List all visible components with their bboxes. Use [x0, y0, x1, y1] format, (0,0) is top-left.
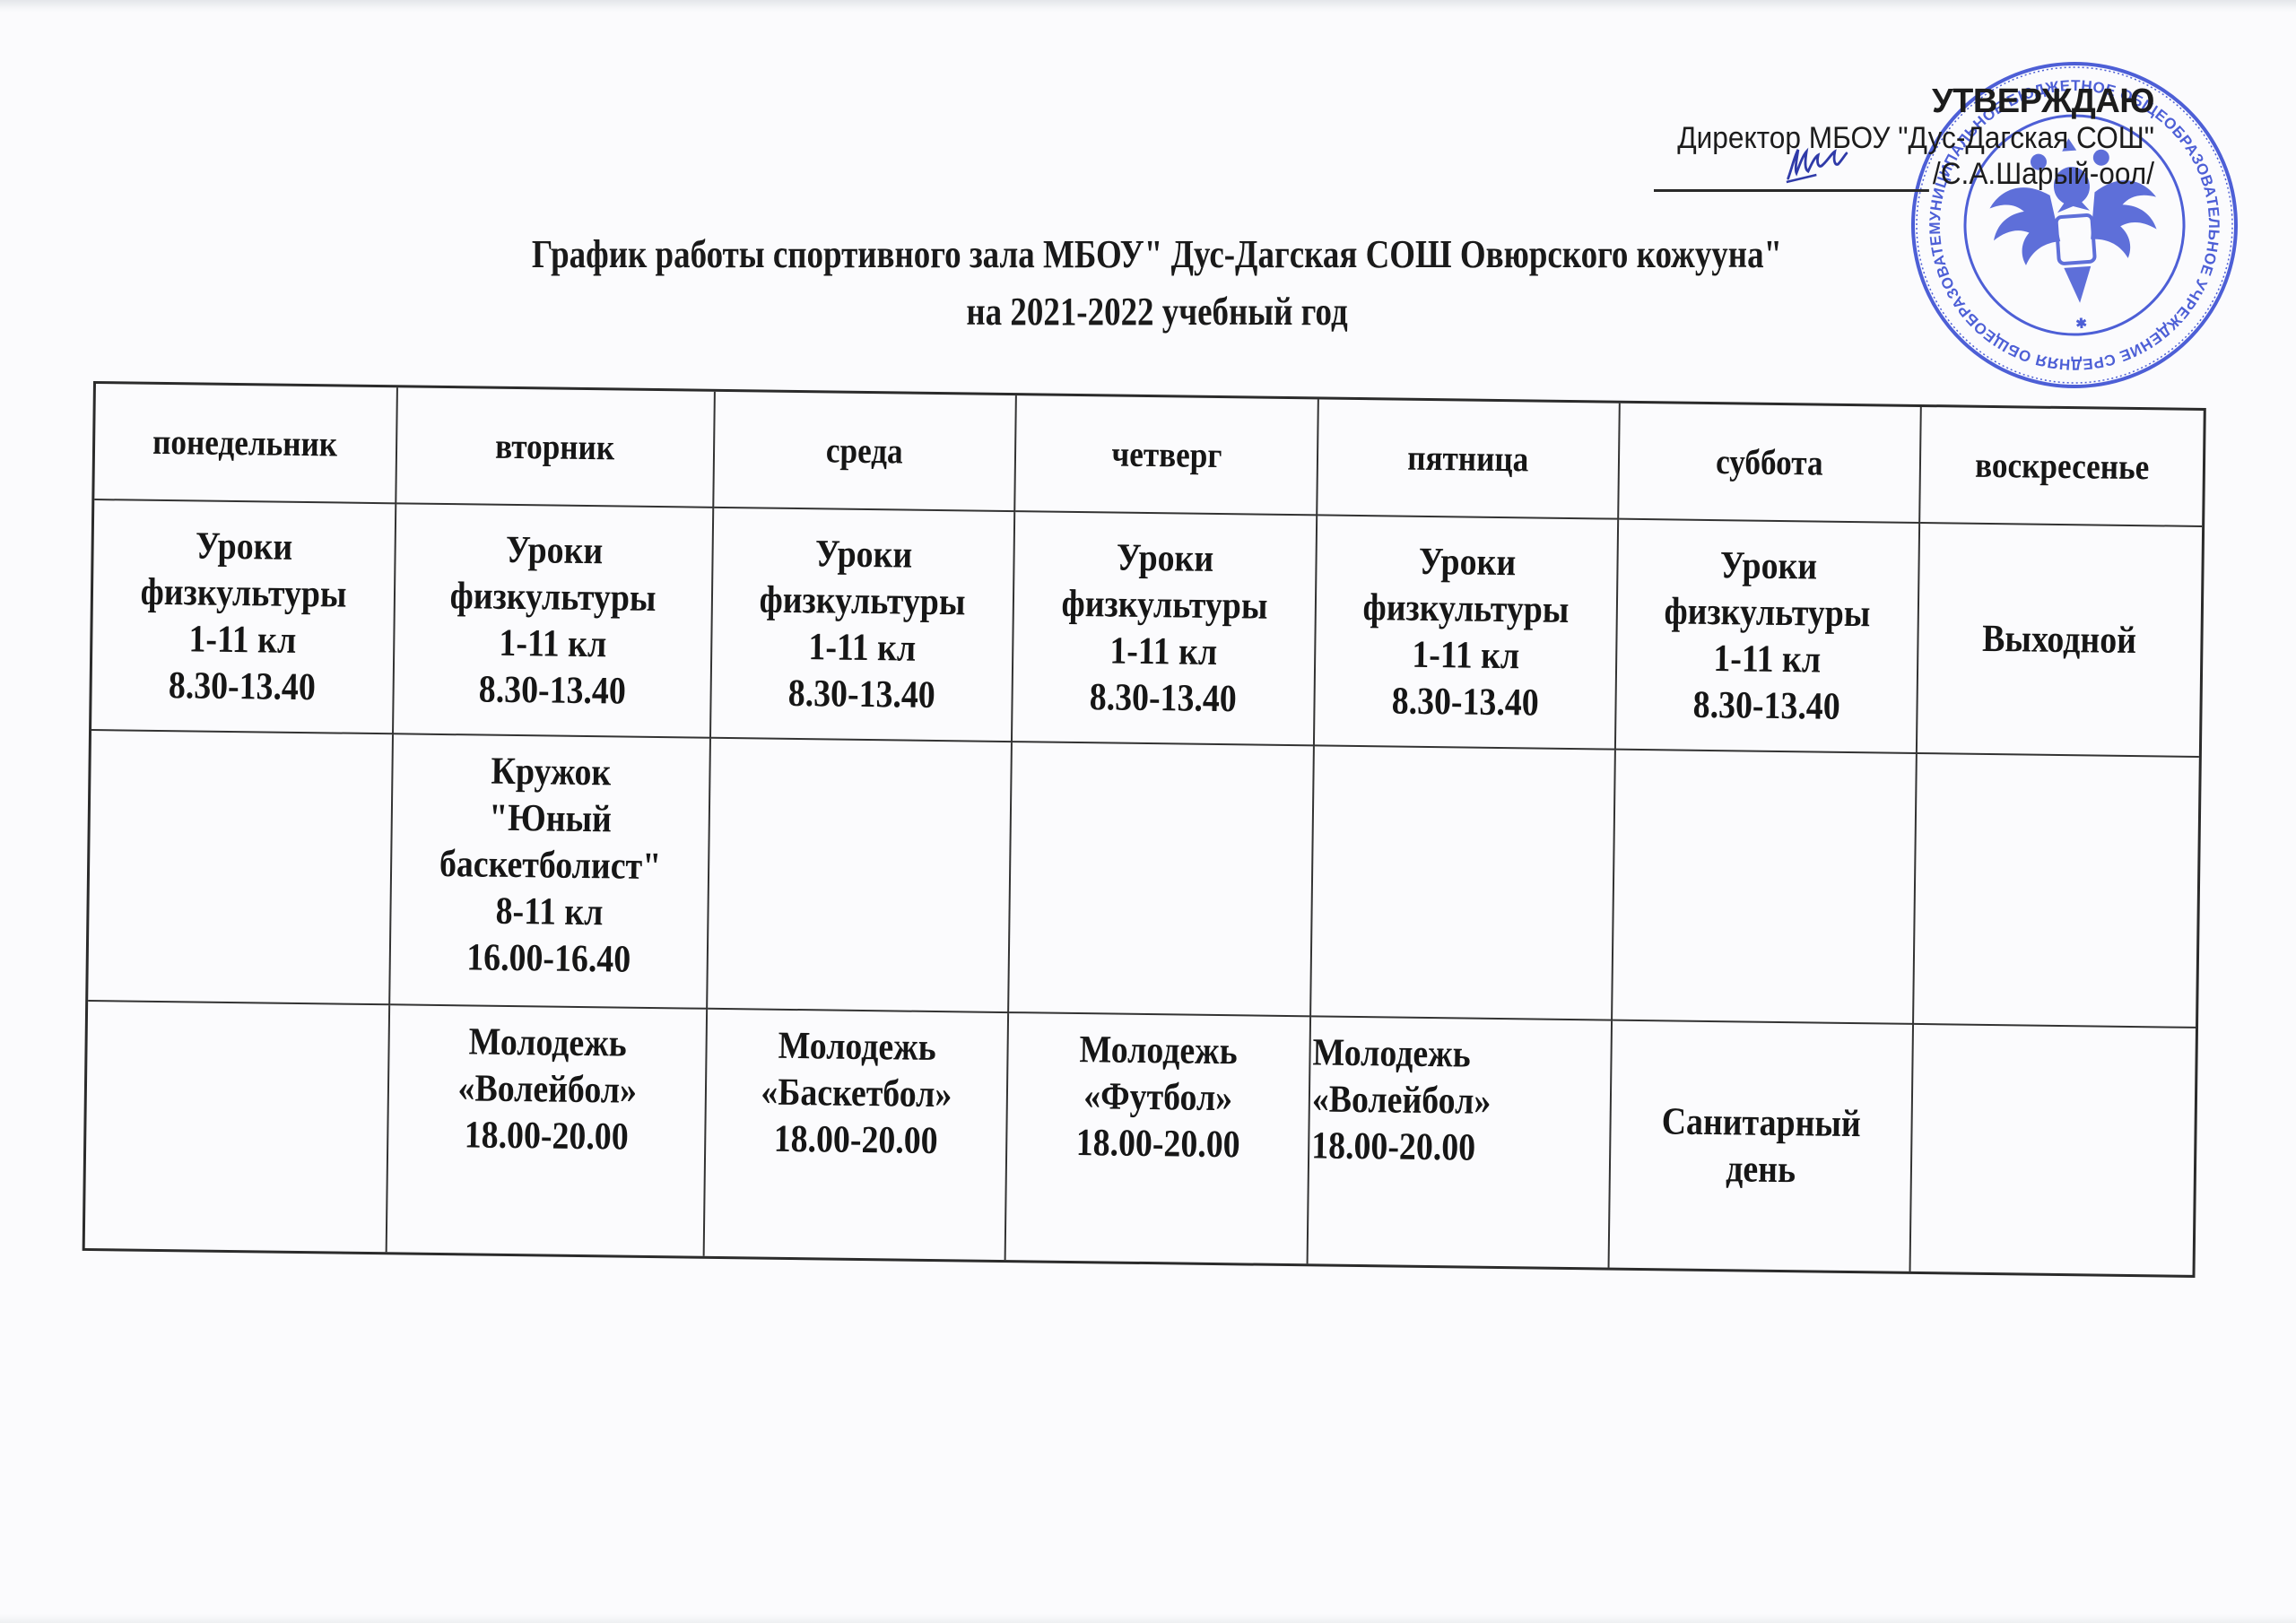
cell-text-line: 1-11 кл: [1110, 628, 1218, 676]
director-name: /С.А.Шарый-оол/: [1933, 156, 2154, 192]
header-cell: воскресенье: [1920, 407, 2204, 527]
empty-cell: [85, 1002, 390, 1252]
schedule-cell: Урокифизкультуры1-11 кл8.30-13.40: [394, 504, 714, 738]
cell-text-line: Уроки: [1719, 542, 1817, 590]
schedule-cell: Молодежь«Баскетбол»18.00-20.00: [705, 1010, 1009, 1260]
cell-text-line: Кружок: [491, 749, 611, 797]
schedule-cell: Санитарныйдень: [1610, 1021, 1914, 1271]
schedule-cell: Урокифизкультуры1-11 кл8.30-13.40: [1013, 512, 1318, 746]
day-name: воскресенье: [1975, 442, 2150, 490]
cell-text-line: Молодежь: [1080, 1027, 1239, 1075]
cell-text-line: 18.00-20.00: [774, 1116, 939, 1165]
cell-text-line: 8.30-13.40: [787, 670, 935, 718]
cell-text-line: «Волейбол»: [457, 1065, 637, 1115]
cell-text-line: Уроки: [196, 523, 293, 570]
cell-text-line: Уроки: [1418, 538, 1516, 586]
title-line-1: График работы спортивного зала МБОУ" Дус…: [411, 226, 1902, 283]
cell-text-line: баскетболист": [439, 841, 661, 890]
cell-text-line: "Юный: [489, 795, 612, 844]
cell-text-line: физкультуры: [140, 568, 346, 618]
cell-text-line: 18.00-20.00: [1311, 1123, 1476, 1171]
schedule-cell: Выходной: [1918, 524, 2202, 758]
schedule-cell: Кружок"Юныйбаскетболист"8-11 кл16.00-16.…: [390, 734, 711, 1009]
cell-text-line: 8-11 кл: [495, 889, 603, 937]
scan-edge-top: [0, 0, 2296, 13]
cell-text-line: 8.30-13.40: [478, 666, 626, 715]
signature-line: [1654, 162, 1929, 192]
cell-text-line: физкультуры: [450, 573, 657, 622]
approval-block: УТВЕРЖДАЮ Директор МБОУ "Дус-Дагская СОШ…: [1605, 82, 2154, 192]
day-name: пятница: [1407, 435, 1529, 483]
cell-text-line: физкультуры: [760, 577, 966, 626]
cell-text-line: 18.00-20.00: [1075, 1120, 1240, 1168]
scan-edge-bottom: [0, 1614, 2296, 1623]
cell-text-line: физкультуры: [1363, 585, 1570, 634]
cell-text-line: Выходной: [1982, 615, 2136, 664]
schedule-cell: Урокифизкультуры1-11 кл8.30-13.40: [1616, 520, 1920, 754]
empty-cell: [1613, 751, 1918, 1025]
title-line-2: на 2021-2022 учебный год: [411, 283, 1902, 341]
cell-text-line: 1-11 кл: [1713, 636, 1821, 684]
cell-text-line: Уроки: [814, 531, 912, 578]
cell-text-line: Уроки: [505, 526, 603, 574]
header-cell: пятница: [1318, 399, 1621, 519]
schedule-cell: Молодежь«Футбол»18.00-20.00: [1006, 1013, 1311, 1263]
cell-text-line: 1-11 кл: [808, 624, 916, 673]
cell-text-line: день: [1726, 1146, 1796, 1193]
empty-cell: [1911, 1025, 2196, 1275]
cell-text-line: 18.00-20.00: [465, 1112, 630, 1160]
schedule-table: понедельниквторниксредачетвергпятницасуб…: [83, 381, 2206, 1278]
header-cell: суббота: [1619, 404, 1922, 524]
signature-row: /С.А.Шарый-оол/: [1644, 156, 2154, 192]
header-cell: четверг: [1015, 395, 1319, 516]
cell-text-line: 1-11 кл: [189, 616, 297, 664]
document-title: График работы спортивного зала МБОУ" Дус…: [269, 226, 2045, 341]
cell-text-line: 1-11 кл: [1412, 631, 1519, 680]
director-position: Директор МБОУ "Дус-Дагская СОШ": [1644, 120, 2154, 156]
empty-cell: [1009, 742, 1315, 1017]
cell-text-line: физкультуры: [1061, 580, 1267, 629]
header-cell: среда: [714, 392, 1017, 512]
empty-cell: [88, 731, 394, 1005]
cell-text-line: 8.30-13.40: [1692, 681, 1840, 730]
cell-text-line: Уроки: [1117, 534, 1214, 582]
cell-text-line: Молодежь: [468, 1019, 627, 1067]
cell-text-line: 8.30-13.40: [169, 663, 317, 711]
cell-text-line: Санитарный: [1661, 1098, 1861, 1148]
cell-text-line: «Футбол»: [1083, 1073, 1233, 1122]
approval-title: УТВЕРЖДАЮ: [1605, 82, 2154, 120]
day-name: суббота: [1716, 438, 1823, 487]
svg-text:✱: ✱: [2075, 316, 2088, 332]
header-cell: вторник: [396, 387, 716, 508]
cell-text-line: «Волейбол»: [1312, 1076, 1492, 1125]
signature-icon: [1783, 143, 1849, 184]
schedule-cell: Урокифизкультуры1-11 кл8.30-13.40: [711, 508, 1015, 742]
empty-cell: [1311, 746, 1616, 1020]
empty-cell: [1914, 754, 2199, 1028]
cell-text-line: Молодежь: [1312, 1029, 1471, 1078]
schedule-cell: Молодежь«Волейбол»18.00-20.00: [387, 1005, 708, 1255]
schedule-cell: Молодежь«Волейбол»18.00-20.00: [1309, 1017, 1613, 1267]
header-cell: понедельник: [94, 384, 398, 504]
schedule-cell: Урокифизкультуры1-11 кл8.30-13.40: [1315, 516, 1619, 750]
cell-text-line: Молодежь: [778, 1023, 936, 1072]
cell-text-line: физкультуры: [1665, 588, 1871, 638]
day-name: вторник: [495, 423, 615, 472]
cell-text-line: «Баскетбол»: [761, 1070, 952, 1119]
cell-text-line: 16.00-16.40: [466, 934, 631, 983]
day-name: четверг: [1111, 430, 1222, 479]
day-name: среда: [826, 427, 903, 474]
cell-text-line: 8.30-13.40: [1391, 678, 1539, 726]
schedule-cell: Урокифизкультуры1-11 кл8.30-13.40: [91, 500, 396, 734]
day-name: понедельник: [152, 419, 338, 468]
empty-cell: [708, 739, 1013, 1013]
cell-text-line: 1-11 кл: [499, 620, 606, 668]
cell-text-line: 8.30-13.40: [1090, 674, 1238, 723]
